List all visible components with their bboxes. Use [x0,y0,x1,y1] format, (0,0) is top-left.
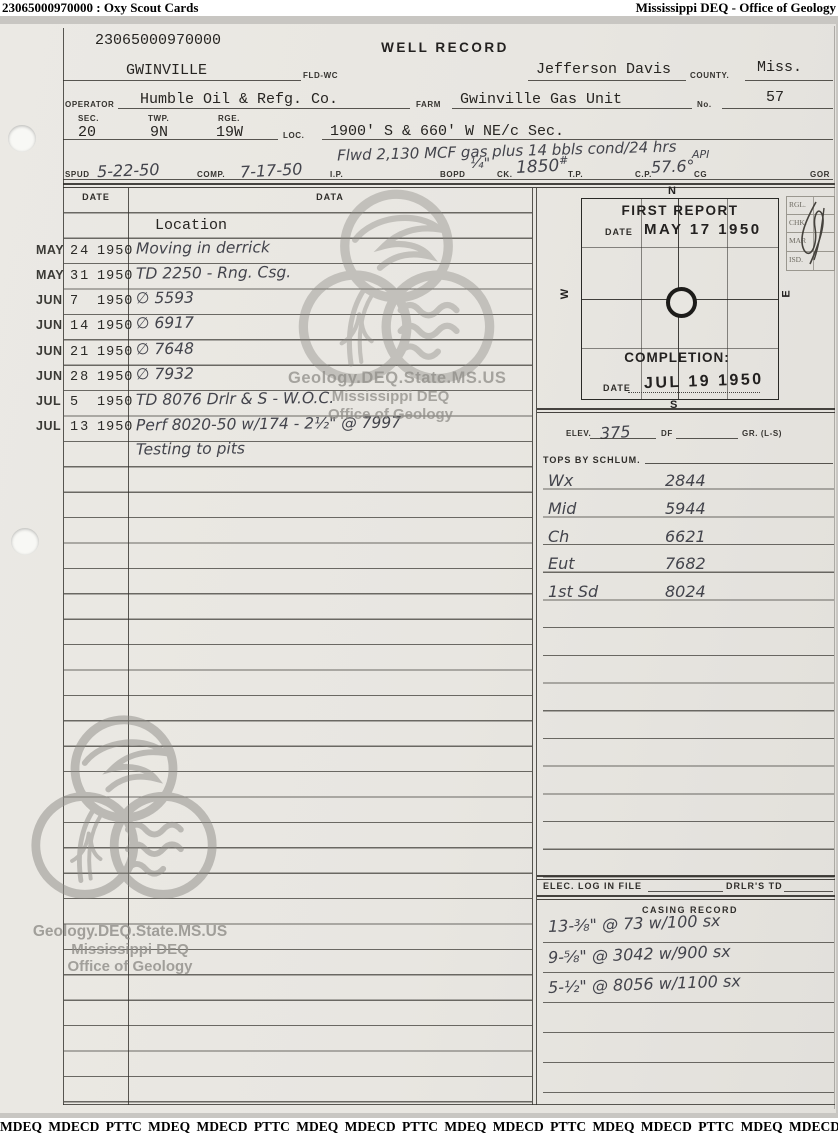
log-day: 7 [70,294,96,309]
farm-value: Gwinville Gas Unit [460,91,622,108]
deq-watermark-logo-center [293,186,500,393]
watermark-office-center: Office of Geology [288,406,493,423]
formation-name: Ch [548,527,569,546]
double-rule-top [63,183,835,185]
double-rule-top [537,408,835,410]
rge-label: RGE. [218,114,240,123]
state-value: Miss. [757,59,802,76]
rule-line [452,108,692,109]
formation-top-row: Wx2844 [543,471,833,497]
watermark-office-bottom: Office of Geology [30,958,230,975]
ck-sup-text: # [559,154,569,167]
elec-log-label: ELEC. LOG IN FILE [543,881,642,891]
spud-label: SPUD [65,170,90,179]
county-value: Jefferson Davis [536,61,671,78]
elev-value: 375 [599,422,631,443]
completion-stamp: COMPLETION: [582,350,772,365]
field-label: FLD-WC [303,71,338,80]
rule-line [784,891,833,892]
document-id-title: 23065000970000 : Oxy Scout Cards [2,0,198,15]
log-day: 31 [70,269,96,284]
county-label: COUNTY. [690,71,729,80]
formation-top-row: Mid5944 [543,499,833,525]
rule-line [648,891,723,892]
well-location-marker [666,287,697,318]
hole-punch-top [8,125,36,152]
gor-label: GOR [810,170,830,179]
log-year: 1950 [97,370,133,385]
log-day: 21 [70,345,96,360]
gravity-value: 57.6° [651,156,695,177]
log-entry-text: ∅ 7648 [136,340,194,359]
log-entry-text: TD 2250 - Rng. Csg. [136,263,291,283]
agency-title: Mississippi DEQ - Office of Geology [636,0,836,15]
rule-line [63,139,278,140]
formation-name: 1st Sd [548,582,598,601]
form-title: WELL RECORD [375,40,515,55]
log-month: JUL [36,394,61,408]
first-report-stamp: FIRST REPORT [582,203,778,218]
ck-value-text: 1850 [516,156,560,178]
tp-label: T.P. [568,170,583,179]
watermark-url-center: Geology.DEQ.State.MS.US [288,369,493,388]
rule-line [745,80,833,81]
log-year: 1950 [97,395,133,410]
plat-grid-line [582,247,778,248]
casing-pressure-value: 1850# [515,154,569,178]
log-day: 5 [70,395,96,410]
log-entry-text: ∅ 6917 [136,314,194,333]
rule-line [676,438,738,439]
double-rule-top [537,895,835,897]
formation-name: Wx [548,471,573,490]
log-entry-text: Moving in derrick [136,238,270,257]
rule-line [528,80,686,81]
drlrs-td-label: DRLR'S TD [726,881,783,891]
ruled-lines-casing [543,913,834,1105]
operator-label: OPERATOR [65,100,114,109]
log-year: 1950 [97,269,133,284]
comp-label: COMP. [197,170,225,179]
formation-depth: 8024 [665,582,706,601]
date-column-header: DATE [70,192,122,202]
elev-label: ELEV. [566,429,591,438]
viewer-footer-bar: MDEQ MDECD PTTC MDEQ MDECD PTTC MDEQ MDE… [0,1118,838,1137]
double-rule-top [537,875,835,877]
compass-east-label: E [781,290,793,297]
log-month: MAY [36,243,64,257]
formation-top-row: Eut7682 [543,554,833,580]
scanned-scout-card-page: 23065000970000 : Oxy Scout Cards Mississ… [0,0,838,1137]
watermark-agency-bottom: Mississippi DEQ [30,941,230,958]
log-row: Testing to pits [36,442,536,466]
watermark-agency-center: Mississippi DEQ [288,388,493,405]
watermark-url-bottom: Geology.DEQ.State.MS.US [30,923,230,941]
first-report-date-value: MAY 17 1950 [644,221,762,238]
formation-depth: 5944 [665,499,706,518]
formation-top-row: Ch6621 [543,527,833,553]
cp-label: C.P. [635,170,652,179]
log-section-heading: Location [155,217,227,234]
farm-label: FARM [416,100,441,109]
log-month: JUN [36,318,63,332]
compass-north-label: N [668,185,676,197]
formation-top-row: 1st Sd8024 [543,582,833,608]
log-month: JUN [36,369,63,383]
completion-date-label: DATE [603,383,631,393]
plat-grid-line [582,348,778,349]
log-entry-text: Testing to pits [136,439,245,458]
rule-line [118,108,410,109]
viewer-header-bar: 23065000970000 : Oxy Scout Cards Mississ… [0,0,838,16]
paper-right-edge [834,26,835,1109]
completion-date-value: JUL 19 1950 [644,371,764,393]
gravity-api-sup: API [692,148,709,161]
operator-value: Humble Oil & Refg. Co. [140,91,338,108]
log-year: 1950 [97,420,133,435]
spud-date-value: 5-22-50 [97,160,160,181]
df-label: DF [661,429,673,438]
double-rule-bottom [537,899,835,901]
log-month: MAY [36,268,64,282]
log-day: 24 [70,244,96,259]
routing-signature-mark [788,198,832,268]
cg-label: CG [694,170,707,179]
log-day: 13 [70,420,96,435]
log-year: 1950 [97,244,133,259]
field-name-value: GWINVILLE [126,62,207,79]
log-day: 14 [70,319,96,334]
deq-watermark-logo-bottom [26,712,222,908]
formation-name: Eut [548,554,575,573]
log-day: 28 [70,370,96,385]
well-no-label: No. [697,100,712,109]
loc-label: LOC. [283,131,305,140]
ck-label: CK. [497,170,513,179]
first-report-date-label: DATE [605,227,633,237]
double-rule-bottom [537,879,835,881]
gr-label: GR. (L-S) [742,429,782,438]
api-number: 23065000970000 [95,32,221,49]
log-month: JUN [36,293,63,307]
formation-name: Mid [548,499,576,518]
hole-punch-middle [11,528,39,555]
rule-line [63,80,301,81]
twp-label: TWP. [148,114,169,123]
ip-label: I.P. [330,170,343,179]
log-entry-text: ∅ 5593 [136,289,194,308]
footer-agency-strip: MDEQ MDECD PTTC MDEQ MDECD PTTC MDEQ MDE… [0,1119,838,1134]
compass-west-label: W [559,289,571,299]
bopd-label: BOPD [440,170,466,179]
log-entry-text: ∅ 7932 [136,365,194,384]
double-rule-bottom [537,412,835,414]
rule-line [63,179,833,180]
log-year: 1950 [97,294,133,309]
log-year: 1950 [97,319,133,334]
section-plat-box: FIRST REPORT DATE MAY 17 1950 COMPLETION… [581,198,779,400]
log-month: JUN [36,344,63,358]
sec-label: SEC. [78,114,99,123]
well-no-value: 57 [766,89,784,106]
choke-size-value: ¼" [470,156,490,172]
formation-depth: 2844 [665,471,706,490]
rule-line [722,108,833,109]
formation-depth: 7682 [665,554,706,573]
log-year: 1950 [97,345,133,360]
formation-depth: 6621 [665,527,706,546]
log-month: JUL [36,419,61,433]
loc-value: 1900' S & 660' W NE/c Sec. [330,123,564,140]
rule-line [590,438,656,439]
